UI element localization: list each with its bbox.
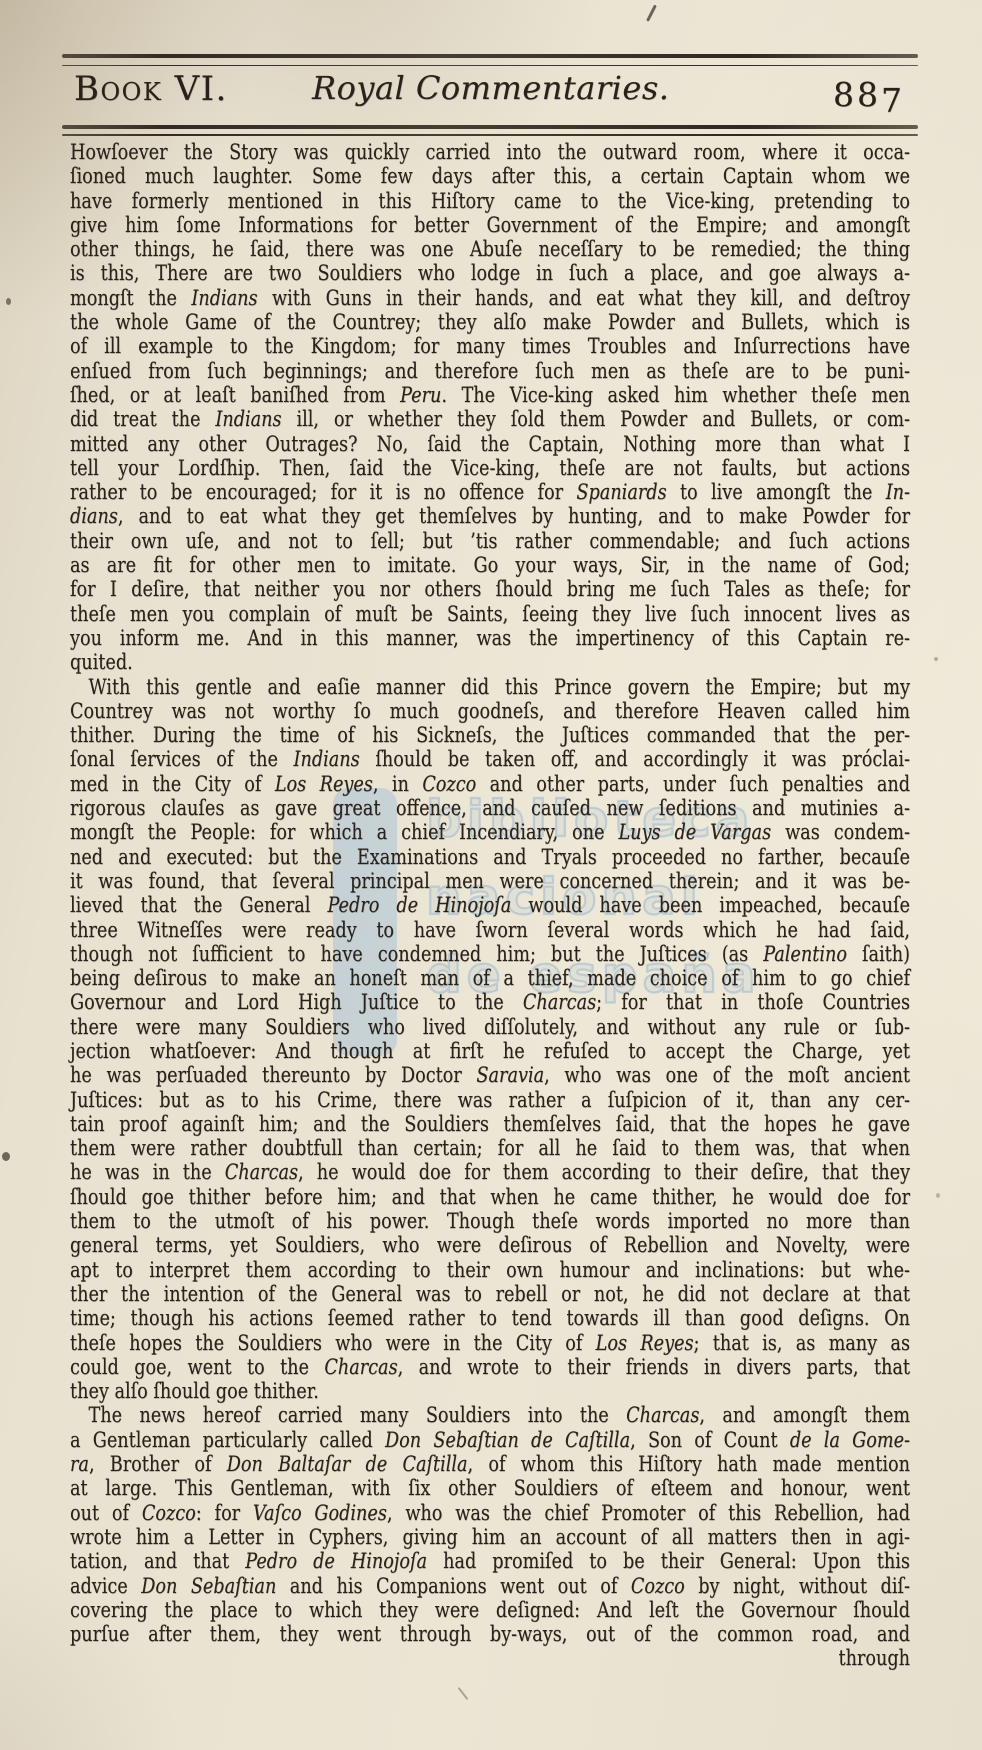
roman-text: med in the City of — [70, 772, 275, 796]
italic-text: dians — [70, 504, 118, 528]
roman-text: , Brother of — [89, 1452, 227, 1476]
italic-text: Vaſco Godines — [253, 1501, 387, 1525]
roman-text: ſaith) — [847, 942, 910, 966]
roman-text: three Witneſſes were ready to have ſworn… — [70, 918, 910, 942]
text-line: they alſo ſhould goe thither. — [70, 1379, 910, 1403]
text-line: purſue after them, they went through by-… — [70, 1622, 910, 1646]
roman-text: , and to eat what they get themſelves by… — [118, 504, 910, 528]
text-line: Howſoever the Story was quickly carried … — [70, 140, 910, 164]
roman-text: to live amongſt the — [667, 480, 886, 504]
roman-text: mongſt the — [70, 286, 191, 310]
roman-text: , of whom this Hiſtory hath made mention — [468, 1452, 910, 1476]
roman-text: though not ſufficient to have condemned … — [70, 942, 763, 966]
page-number: 887 — [833, 78, 905, 111]
roman-text: there were many Souldiers who lived diſſ… — [70, 1015, 910, 1039]
text-line: theſe men you complain of muſt be Saints… — [70, 602, 910, 626]
italic-text: Los Reyes — [596, 1331, 694, 1355]
running-title: Royal Commentaries. — [312, 71, 669, 106]
italic-text: Indians — [215, 407, 281, 431]
roman-text: ſhould goe thither before him; and that … — [70, 1185, 910, 1209]
text-line: ſhould goe thither before him; and that … — [70, 1185, 910, 1209]
italic-text: Spaniards — [576, 480, 666, 504]
roman-text: general terms, yet Souldiers, who were d… — [70, 1233, 910, 1257]
text-line: of ill example to the Kingdom; for many … — [70, 334, 910, 358]
roman-text: quited. — [70, 650, 133, 674]
text-line: three Witneſſes were ready to have ſworn… — [70, 918, 910, 942]
text-line: advice Don Sebaſtian and his Companions … — [70, 1574, 910, 1598]
ink-speck — [936, 1193, 940, 1198]
roman-text: Countrey was not worthy ſo much goodneſs… — [70, 699, 910, 723]
text-line: ther the intention of the General was to… — [70, 1282, 910, 1306]
text-line: ſioned much laughter. Some few days afte… — [70, 164, 910, 188]
text-line: med in the City of Los Reyes, in Cozco a… — [70, 772, 910, 796]
roman-text: their own uſe, and not to ſell; but ’tis… — [70, 529, 910, 553]
roman-text: purſue after them, they went through by-… — [70, 1622, 910, 1646]
text-line: did treat the Indians ill, or whether th… — [70, 407, 910, 431]
text-line: them to the utmoſt of his power. Though … — [70, 1209, 910, 1233]
paragraph: With this gentle and eaſie manner did th… — [70, 675, 910, 1404]
roman-text: they alſo ſhould goe thither. — [70, 1379, 319, 1403]
roman-text: mitted any other Outrages? No, ſaid the … — [70, 432, 910, 456]
roman-text: , Son of Count — [630, 1428, 790, 1452]
italic-text: Peru — [400, 383, 441, 407]
italic-text: Cozco — [422, 772, 476, 796]
text-line: jection whatſoever: And though at firſt … — [70, 1039, 910, 1063]
roman-text: lieved that the General — [70, 893, 327, 917]
roman-text: you inform me. And in this manner, was t… — [70, 626, 910, 650]
roman-text: ſhould be taken off, and accordingly it … — [360, 747, 910, 771]
roman-text: tell your Lordſhip. Then, ſaid the Vice-… — [70, 456, 910, 480]
text-line: rigorous clauſes as gave great offence, … — [70, 796, 910, 820]
text-line: covering the place to which they were de… — [70, 1598, 910, 1622]
roman-text: The news hereof carried many Souldiers i… — [88, 1403, 626, 1427]
roman-text: apt to interpret them according to their… — [70, 1258, 910, 1282]
italic-text: Don Sebaſtian — [141, 1574, 276, 1598]
text-line: for I deſire, that neither you nor other… — [70, 577, 910, 601]
roman-text: , who was the chief Promoter of this Reb… — [387, 1501, 910, 1525]
italic-text: Pedro de Hinojoſa — [327, 893, 511, 917]
roman-text: ſhed, or at leaſt baniſhed from — [70, 383, 400, 407]
roman-text: theſe hopes the Souldiers who were in th… — [70, 1331, 596, 1355]
roman-text: mongſt the People: for which a chief Inc… — [70, 820, 618, 844]
text-line: though not ſufficient to have condemned … — [70, 942, 910, 966]
text-line: the whole Game of the Countrey; they alſ… — [70, 310, 910, 334]
roman-text: ; for that in thoſe Countries — [596, 990, 910, 1014]
header-rule-bottom-thick — [62, 125, 918, 129]
roman-text: Howſoever the Story was quickly carried … — [70, 140, 910, 164]
roman-text: theſe men you complain of muſt be Saints… — [70, 602, 910, 626]
roman-text: had promiſed to be their General: Upon t… — [427, 1549, 910, 1573]
roman-text: advice — [70, 1574, 141, 1598]
italic-text: Charcas — [626, 1403, 699, 1427]
roman-text: by night, without diſ- — [685, 1574, 910, 1598]
text-line: theſe hopes the Souldiers who were in th… — [70, 1331, 910, 1355]
roman-text: tation, and that — [70, 1549, 245, 1573]
roman-text: for I deſire, that neither you nor other… — [70, 577, 910, 601]
italic-text: de la Gome- — [790, 1428, 910, 1452]
text-line: you inform me. And in this manner, was t… — [70, 626, 910, 650]
page-number-low: 7 — [881, 81, 905, 120]
roman-text: ; that is, as many as — [694, 1331, 910, 1355]
text-line: tation, and that Pedro de Hinojoſa had p… — [70, 1549, 910, 1573]
text-line: tell your Lordſhip. Then, ſaid the Vice-… — [70, 456, 910, 480]
text-line: thither. During the time of his Sickneſs… — [70, 723, 910, 747]
text-line: as are fit for other men to imitate. Go … — [70, 553, 910, 577]
roman-text: did treat the — [70, 407, 215, 431]
roman-text: with Guns in their hands, and eat what t… — [258, 286, 910, 310]
roman-text: ther the intention of the General was to… — [70, 1282, 910, 1306]
italic-text: Saravia — [476, 1063, 544, 1087]
book-page: biblioteca nacional de españa Book VI. R… — [0, 0, 982, 1750]
text-line: he was in the Charcas, he would doe for … — [70, 1160, 910, 1184]
pen-mark — [646, 4, 656, 21]
roman-text: jection whatſoever: And though at firſt … — [70, 1039, 910, 1063]
roman-text: , who was one of the moſt ancient — [544, 1063, 910, 1087]
text-line: at large. This Gentleman, with ſix other… — [70, 1476, 910, 1500]
text-line: enſued from ſuch beginnings; and therefo… — [70, 359, 910, 383]
roman-text: a Gentleman particularly called — [70, 1428, 385, 1452]
italic-text: Indians — [191, 286, 257, 310]
text-line: wrote him a Letter in Cyphers, giving hi… — [70, 1525, 910, 1549]
roman-text: , and amongſt them — [699, 1403, 910, 1427]
text-line: lieved that the General Pedro de Hinojoſ… — [70, 893, 910, 917]
roman-text: and his Companions went out of — [276, 1574, 631, 1598]
roman-text: tain proof againſt him; and the Souldier… — [70, 1112, 910, 1136]
text-line: apt to interpret them according to their… — [70, 1258, 910, 1282]
text-line: could goe, went to the Charcas, and wrot… — [70, 1355, 910, 1379]
catchword: through — [70, 1646, 910, 1670]
roman-text: was condem- — [771, 820, 910, 844]
text-line: time; though his actions ſeemed rather t… — [70, 1306, 910, 1330]
text-line: give him ſome Informations for better Go… — [70, 213, 910, 237]
header-rule-top-thick — [62, 54, 918, 58]
italic-text: In- — [886, 480, 910, 504]
text-line: mitted any other Outrages? No, ſaid the … — [70, 432, 910, 456]
italic-text: Charcas — [225, 1160, 298, 1184]
text-line: general terms, yet Souldiers, who were d… — [70, 1233, 910, 1257]
text-line: their own uſe, and not to ſell; but ’tis… — [70, 529, 910, 553]
text-line: it was found, that ſeveral principal men… — [70, 869, 910, 893]
text-line: tain proof againſt him; and the Souldier… — [70, 1112, 910, 1136]
italic-text: ra — [70, 1452, 89, 1476]
roman-text: of ill example to the Kingdom; for many … — [70, 334, 910, 358]
roman-text: would have been impeached, becauſe — [511, 893, 910, 917]
roman-text: , he would doe for them according to the… — [298, 1160, 910, 1184]
roman-text: he was perſuaded thereunto by Doctor — [70, 1063, 476, 1087]
text-line: he was perſuaded thereunto by Doctor Sar… — [70, 1063, 910, 1087]
roman-text: Governour and Lord High Juſtice to the — [70, 990, 523, 1014]
roman-text: them were rather doubtfull than certain;… — [70, 1136, 910, 1160]
text-line: a Gentleman particularly called Don Seba… — [70, 1428, 910, 1452]
header-rule-bottom-thin — [62, 134, 918, 136]
text-line: mongſt the Indians with Guns in their ha… — [70, 286, 910, 310]
paragraph: The news hereof carried many Souldiers i… — [70, 1403, 910, 1646]
text-line: have formerly mentioned in this Hiſtory … — [70, 189, 910, 213]
roman-text: and other parts, under ſuch penalties an… — [476, 772, 910, 796]
roman-text: ſonal ſervices of the — [70, 747, 294, 771]
roman-text: at large. This Gentleman, with ſix other… — [70, 1476, 910, 1500]
text-line: The news hereof carried many Souldiers i… — [70, 1403, 910, 1427]
pen-mark — [458, 1687, 469, 1700]
roman-text: rigorous clauſes as gave great offence, … — [70, 796, 910, 820]
text-line: other things, he ſaid, there was one Abu… — [70, 237, 910, 261]
roman-text: wrote him a Letter in Cyphers, giving hi… — [70, 1525, 910, 1549]
text-line: rather to be encouraged; for it is no of… — [70, 480, 910, 504]
roman-text: With this gentle and eaſie manner did th… — [88, 675, 910, 699]
roman-text: , and wrote to their friends in divers p… — [398, 1355, 910, 1379]
roman-text: as are fit for other men to imitate. Go … — [70, 553, 910, 577]
text-line: mongſt the People: for which a chief Inc… — [70, 820, 910, 844]
roman-text: the whole Game of the Countrey; they alſ… — [70, 310, 910, 334]
roman-text: give him ſome Informations for better Go… — [70, 213, 910, 237]
italic-text: Charcas — [523, 990, 596, 1014]
text-line: being deſirous to make an honeſt man of … — [70, 966, 910, 990]
page-number-high: 88 — [833, 75, 881, 114]
italic-text: Luys de Vargas — [618, 820, 771, 844]
book-label: Book VI. — [74, 72, 228, 106]
italic-text: Cozco — [142, 1501, 196, 1525]
italic-text: Don Baltaſar de Caſtilla — [227, 1452, 468, 1476]
roman-text: ned and executed: but the Examinations a… — [70, 845, 910, 869]
roman-text: . The Vice-king asked him whether theſe … — [441, 383, 910, 407]
text-line: dians, and to eat what they get themſelv… — [70, 504, 910, 528]
roman-text: covering the place to which they were de… — [70, 1598, 910, 1622]
text-line: there were many Souldiers who lived diſſ… — [70, 1015, 910, 1039]
text-line: Countrey was not worthy ſo much goodneſs… — [70, 699, 910, 723]
text-line: With this gentle and eaſie manner did th… — [70, 675, 910, 699]
text-line: ned and executed: but the Examinations a… — [70, 845, 910, 869]
text-line: is this, There are two Souldiers who lod… — [70, 261, 910, 285]
roman-text: he was in the — [70, 1160, 225, 1184]
roman-text: it was found, that ſeveral principal men… — [70, 869, 910, 893]
ink-speck — [6, 298, 11, 305]
italic-text: Don Sebaſtian de Caſtilla — [385, 1428, 630, 1452]
ink-speck — [2, 1152, 10, 1161]
italic-text: Cozco — [631, 1574, 685, 1598]
roman-text: have formerly mentioned in this Hiſtory … — [70, 189, 910, 213]
text-line: Governour and Lord High Juſtice to the C… — [70, 990, 910, 1014]
roman-text: other things, he ſaid, there was one Abu… — [70, 237, 910, 261]
ink-speck — [934, 657, 938, 661]
text-line: Juſtices: but as to his Crime, there was… — [70, 1088, 910, 1112]
roman-text: thither. During the time of his Sickneſs… — [70, 723, 910, 747]
text-block: Howſoever the Story was quickly carried … — [70, 140, 910, 1671]
paragraph: Howſoever the Story was quickly carried … — [70, 140, 910, 675]
roman-text: ſioned much laughter. Some few days afte… — [70, 164, 910, 188]
text-line: them were rather doubtfull than certain;… — [70, 1136, 910, 1160]
roman-text: , in — [373, 772, 422, 796]
text-line: ra, Brother of Don Baltaſar de Caſtilla,… — [70, 1452, 910, 1476]
roman-text: could goe, went to the — [70, 1355, 324, 1379]
italic-text: Charcas — [324, 1355, 397, 1379]
italic-text: Pedro de Hinojoſa — [245, 1549, 427, 1573]
roman-text: time; though his actions ſeemed rather t… — [70, 1306, 910, 1330]
text-line: ſonal ſervices of the Indians ſhould be … — [70, 747, 910, 771]
roman-text: out of — [70, 1501, 142, 1525]
roman-text: being deſirous to make an honeſt man of … — [70, 966, 910, 990]
roman-text: them to the utmoſt of his power. Though … — [70, 1209, 910, 1233]
roman-text: : for — [196, 1501, 253, 1525]
italic-text: Indians — [294, 747, 360, 771]
text-line: quited. — [70, 650, 910, 674]
roman-text: is this, There are two Souldiers who lod… — [70, 261, 910, 285]
roman-text: rather to be encouraged; for it is no of… — [70, 480, 576, 504]
roman-text: ill, or whether they ſold them Powder an… — [282, 407, 910, 431]
text-line: out of Cozco: for Vaſco Godines, who was… — [70, 1501, 910, 1525]
italic-text: Palentino — [763, 942, 847, 966]
italic-text: Los Reyes — [275, 772, 373, 796]
text-line: ſhed, or at leaſt baniſhed from Peru. Th… — [70, 383, 910, 407]
header-rule-top-thin — [62, 65, 918, 67]
roman-text: Juſtices: but as to his Crime, there was… — [70, 1088, 910, 1112]
roman-text: enſued from ſuch beginnings; and therefo… — [70, 359, 910, 383]
